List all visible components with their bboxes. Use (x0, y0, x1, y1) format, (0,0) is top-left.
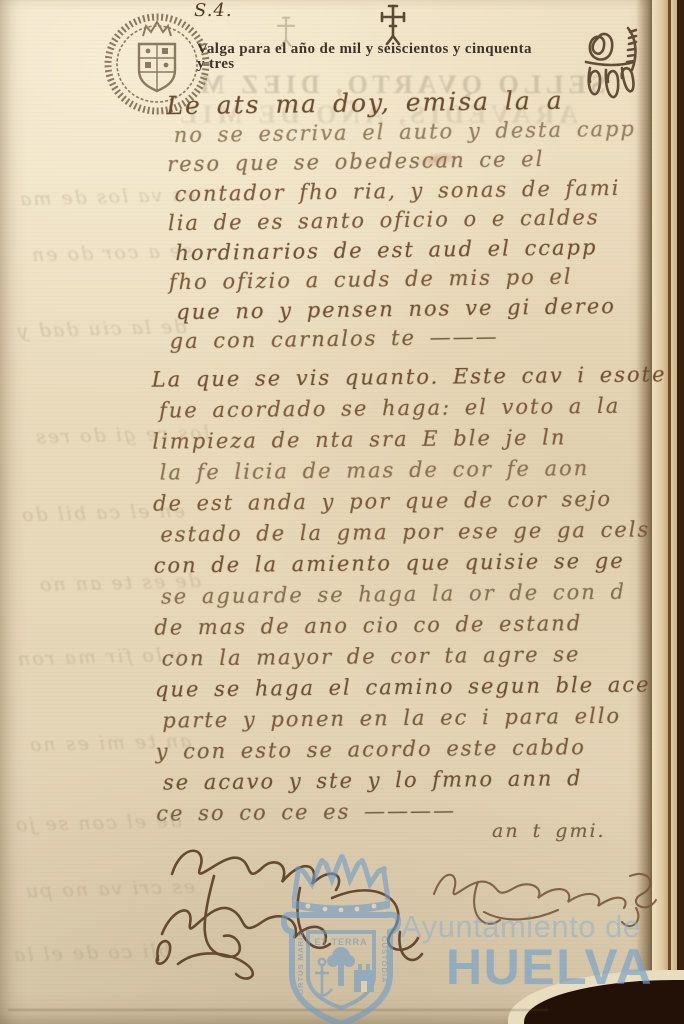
margin-bleedthrough: bli co de el la (12, 940, 171, 966)
margin-bleedthrough: de es te an no (38, 570, 201, 596)
margin-bleedthrough: es va los de ma (18, 184, 196, 211)
handwritten-paragraph-2: La que se vis quanto. Este cav i esote f… (152, 359, 672, 829)
watermark-huelva-text: HUELVA (446, 938, 653, 996)
motto-left: PORTUS MARIS (296, 931, 305, 1001)
printed-validation-line1: Valga para el año de mil y seiscientos y… (197, 41, 532, 58)
margin-bleedthrough: se a cor do en (30, 240, 193, 266)
hand-line: fue acordado se haga: el voto a la (159, 390, 667, 426)
margin-bleedthrough: los re gi do res (34, 422, 210, 449)
hand-line: se aguarde se haga la or de con d (161, 576, 669, 612)
margin-bleedthrough: y lo fir ma ron (16, 644, 183, 670)
binding-gap-dark (677, 0, 684, 1024)
manuscript-scan: S.4. Valga para el año de mil y seiscien… (0, 0, 684, 1024)
margin-bleedthrough: en el ca bil do (20, 500, 185, 526)
tree-icon (327, 947, 355, 986)
margin-bleedthrough: an te mi es no (28, 730, 192, 756)
motto-band: ET TERRA (315, 937, 368, 947)
margin-bleedthrough: de la ciu dad y (16, 316, 187, 342)
margin-bleedthrough: de el con se jo (14, 810, 182, 836)
margin-bleedthrough: es cri va no pu (24, 876, 196, 902)
motto-right: CUSTODIA (380, 936, 389, 984)
handwritten-paragraph-1: Le ats ma doy, emisa la a no se escriva … (166, 85, 639, 357)
cross-icon (374, 2, 412, 46)
hand-line: parte y ponen en la ec i para ello (162, 700, 670, 736)
tower-icon (354, 964, 374, 992)
ante-mi-note: an t gmi. (492, 820, 606, 842)
